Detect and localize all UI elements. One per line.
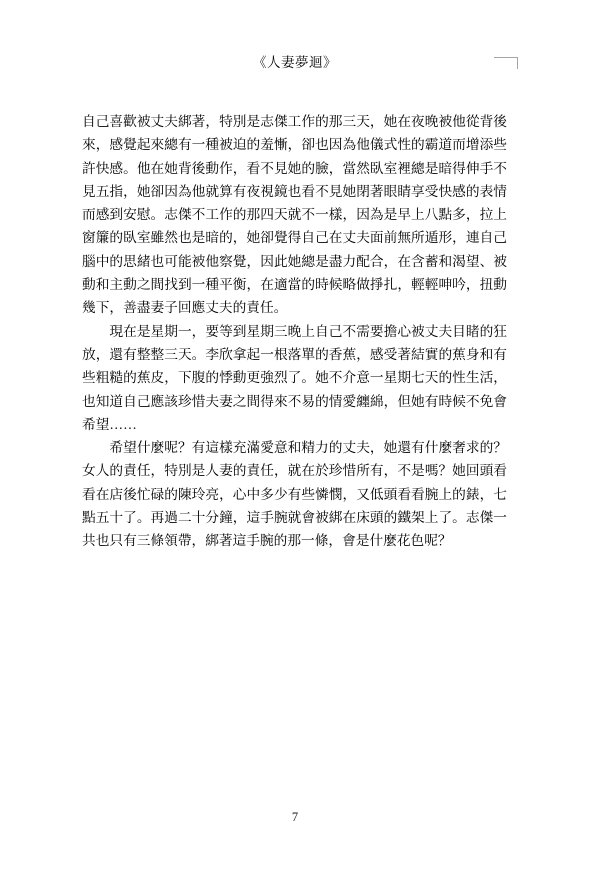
body-text: 自己喜歡被丈夫綁著，特別是志傑工作的那三天，她在夜晚被他從背後來，感覺起來總有一… <box>82 110 507 553</box>
paragraph-1: 自己喜歡被丈夫綁著，特別是志傑工作的那三天，她在夜晚被他從背後來，感覺起來總有一… <box>82 110 507 320</box>
paragraph-2: 現在是星期一，要等到星期三晚上自己不需要擔心被丈夫目睹的狂放，還有整整三天。李欣… <box>82 320 507 436</box>
document-page: 《人妻夢迴》 自己喜歡被丈夫綁著，特別是志傑工作的那三天，她在夜晚被他從背後來，… <box>0 0 590 886</box>
page-number: 7 <box>0 809 590 825</box>
paragraph-3: 希望什麼呢？有這樣充滿愛意和精力的丈夫，她還有什麼奢求的？女人的責任，特別是人妻… <box>82 436 507 552</box>
text-boundary-corner-mark <box>494 57 518 69</box>
